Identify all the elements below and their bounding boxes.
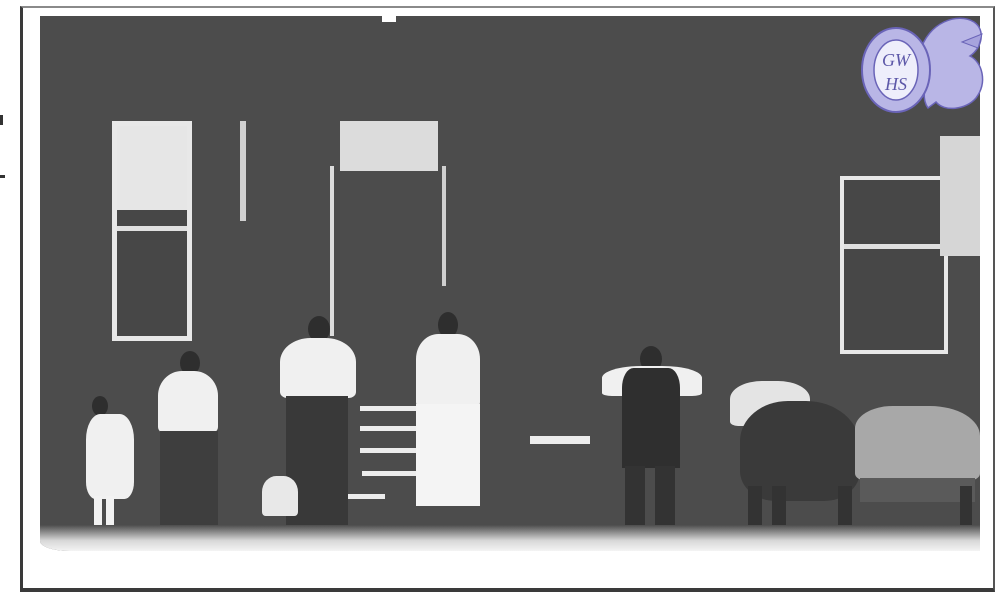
window-edge — [240, 121, 246, 221]
left-window — [112, 121, 192, 341]
gwhs-logo-icon: GW HS — [858, 12, 990, 116]
door-fanlight — [340, 121, 438, 171]
window-sash — [844, 244, 944, 249]
right-window — [840, 176, 948, 354]
margin-mark — [0, 175, 5, 178]
step — [360, 406, 420, 411]
margin-mark — [0, 115, 3, 125]
seated-child — [262, 476, 298, 516]
ledge — [530, 436, 590, 444]
svg-text:GW: GW — [882, 50, 912, 70]
door-frame — [330, 166, 334, 336]
wall-light-patch — [940, 136, 980, 256]
step — [345, 494, 385, 499]
step — [360, 426, 420, 431]
top-notch — [382, 10, 396, 22]
cart-rail — [860, 478, 975, 502]
window-sash — [117, 226, 187, 231]
svg-text:HS: HS — [884, 74, 907, 94]
curtain — [117, 126, 187, 210]
historical-photograph — [40, 16, 980, 551]
step — [362, 471, 420, 476]
door-frame — [442, 166, 446, 286]
pavement — [40, 525, 980, 551]
step — [360, 448, 420, 453]
